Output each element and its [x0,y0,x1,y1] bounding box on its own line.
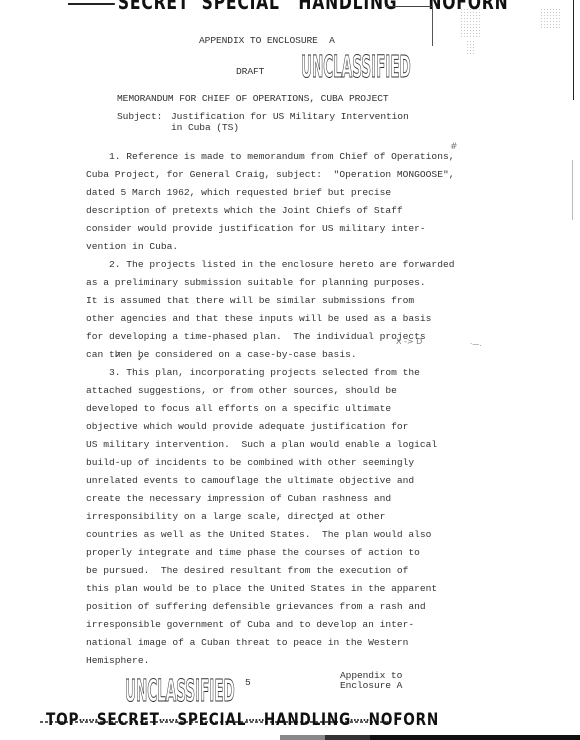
banner-strike [68,3,115,5]
paragraph-3-line: be pursued. The desired resultant from t… [86,565,408,577]
banner-word-secret: SECRET [97,710,160,730]
scan-speckle [460,8,482,38]
check-mark-icon: ✓ [137,354,145,364]
paragraph-1-line: consider would provide justification for… [86,223,426,235]
paragraph-1-line: vention in Cuba. [86,241,178,253]
page-number: 5 [245,677,251,689]
paragraph-1-line: description of pretexts which the Joint … [86,205,403,217]
banner-rule [385,6,433,7]
page-edge-line [573,0,574,100]
banner-vertical-rule [432,6,433,46]
unclassified-stamp: UNCLASSIFIED [301,50,411,85]
paragraph-2-line: as a preliminary submission suitable for… [86,277,426,289]
paragraph-2-line: can then be considered on a case-by-case… [86,349,357,361]
subject-label: Subject: [117,111,162,123]
banner-word-secret: SECRET [118,0,189,10]
paragraph-2-line: for developing a time-phased plan. The i… [86,331,426,343]
margin-annotation: X -> D [396,337,422,346]
paragraph-3-line: properly integrate and time phase the co… [86,547,420,559]
banner-word-top: TOP [46,710,79,730]
paragraph-2-line: It is assumed that there will be similar… [86,295,414,307]
paragraph-3-line: developed to focus all efforts on a spec… [86,403,391,415]
paragraph-3-line: position of suffering defensible grievan… [86,601,426,613]
paragraph-3-line: Hemisphere. [86,655,149,667]
subject-line-2: in Cuba (TS) [171,122,239,134]
bottom-classification-banner: TOPSECRETSPECIALHANDLINGNOFORN [46,710,439,730]
footer-reference-line-2: Enclosure A [340,680,402,692]
draft-heading: DRAFT [236,66,264,78]
paragraph-3-line: irresponsible government of Cuba and to … [86,619,414,631]
paragraph-3-line: US military intervention. Such a plan wo… [86,439,437,451]
paragraph-3-line: create the necessary impression of Cuban… [86,493,391,505]
banner-word-special: SPECIAL [177,710,246,730]
banner-dots [246,719,264,721]
paragraph-3-line: irresponsibility on a large scale, direc… [86,511,385,523]
unclassified-stamp-footer: UNCLASSIFIED [125,674,235,709]
appendix-heading: APPENDIX TO ENCLOSURE A [199,35,335,47]
paragraph-3-line: national image of a Cuban threat to peac… [86,637,408,649]
banner-dots [160,719,178,721]
memorandum-addressee: MEMORANDUM FOR CHIEF OF OPERATIONS, CUBA… [117,93,389,105]
paragraph-1-line: Cuba Project, for General Craig, subject… [86,169,454,181]
check-mark-icon: ✓ [318,516,326,526]
paragraph-3-line: build-up of incidents to be combined wit… [86,457,414,469]
banner-word-noforn: NOFORN [369,710,439,730]
document-page: SECRET SPECIAL HANDLING NOFORN APPENDIX … [0,0,580,740]
paragraph-1-line: dated 5 March 1962, which requested brie… [86,187,391,199]
scan-speckle [466,40,474,54]
paragraph-2-line: other agencies and that these inputs wil… [86,313,431,325]
banner-word-special: SPECIAL [202,0,280,10]
banner-dots [79,719,97,721]
check-mark-icon: ✓ [114,350,122,361]
banner-word-handling: HANDLING [298,0,397,10]
paragraph-3-line: countries as well as the United States. … [86,529,431,541]
banner-word-handling: HANDLING [264,710,351,730]
banner-dots [351,719,369,721]
paragraph-3-line: objective which would provide adequate j… [86,421,408,433]
page-edge-line [572,160,573,220]
scan-edge-bar [280,735,580,740]
paragraph-1-line: 1. Reference is made to memorandum from … [86,151,454,163]
paragraph-3-line: 3. This plan, incorporating projects sel… [86,367,420,379]
paragraph-3-line: unrelated events to camouflage the ultim… [86,475,414,487]
paragraph-2-line: 2. The projects listed in the enclosure … [86,259,454,271]
top-classification-banner: SECRET SPECIAL HANDLING NOFORN [68,0,508,10]
paragraph-3-line: attached suggestions, or from other sour… [86,385,397,397]
paragraph-3-line: this plan would be to place the United S… [86,583,437,595]
margin-scribble: ·—. [470,340,481,348]
margin-mark: # [450,142,458,152]
scan-speckle [540,8,560,30]
